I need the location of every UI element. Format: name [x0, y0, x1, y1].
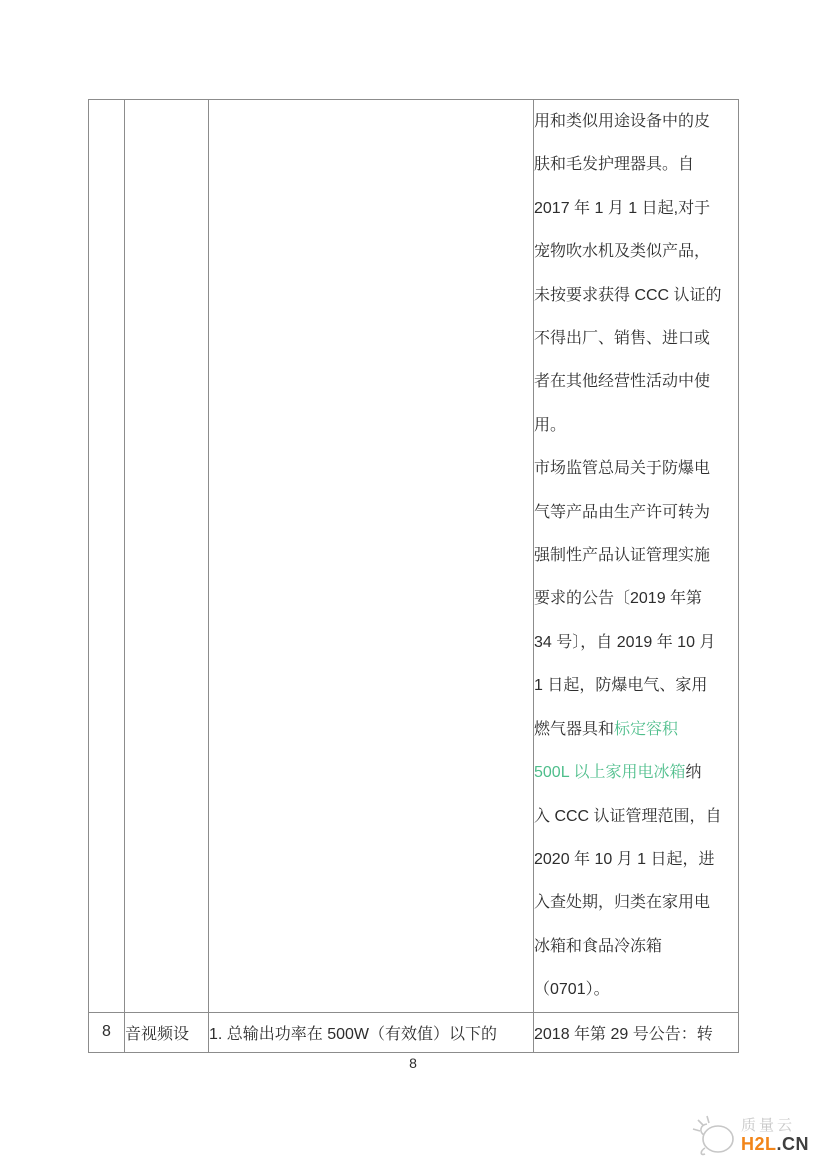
notes-text-segment: 冰箱和食品冷冻箱 [534, 938, 662, 955]
notes-line: 2020 年 10 月 1 日起，进 [534, 838, 738, 881]
notes-text-segment: 1 日起，防爆电气、家用 [534, 677, 707, 694]
watermark-text: 质量云 H2L.CN [741, 1118, 809, 1153]
notes-line: 要求的公告〔2019 年第 [534, 577, 738, 620]
watermark-domain-tail: .CN [777, 1134, 810, 1154]
notes-line: 肤和毛发护理器具。自 [534, 143, 738, 186]
regulation-table: 用和类似用途设备中的皮肤和毛发护理器具。自2017 年 1 月 1 日起,对于宠… [88, 99, 739, 1053]
notes-text-segment: 2020 年 10 月 1 日起，进 [534, 851, 715, 868]
notes-text-segment: 入 CCC 认证管理范围，自 [534, 808, 722, 825]
notes-line: 500L 以上家用电冰箱纳 [534, 751, 738, 794]
notes-text-segment: 气等产品由生产许可转为 [534, 504, 710, 521]
notes-text-segment: 市场监管总局关于防爆电 [534, 460, 710, 477]
notes-line: 未按要求获得 CCC 认证的 [534, 274, 738, 317]
green-link-text[interactable]: 500L 以上家用电冰箱 [534, 764, 685, 781]
notes-line: 市场监管总局关于防爆电 [534, 447, 738, 490]
watermark-brand-name: 质量云 [741, 1118, 809, 1133]
notes-text-segment: 不得出厂、销售、进口或 [534, 330, 710, 347]
notes-text-segment: 纳 [685, 764, 701, 781]
notes-line: 1 日起，防爆电气、家用 [534, 664, 738, 707]
cell-row-notes: 2018 年第 29 号公告：转 [534, 1012, 739, 1052]
notes-text-segment: 强制性产品认证管理实施 [534, 547, 710, 564]
notes-line: 者在其他经营性活动中使 [534, 360, 738, 403]
notes-text-segment: 未按要求获得 CCC 认证的 [534, 287, 722, 304]
green-link-text[interactable]: 标定容积 [614, 721, 678, 738]
notes-text-segment: 肤和毛发护理器具。自 [534, 156, 694, 173]
notes-line: 不得出厂、销售、进口或 [534, 317, 738, 360]
notes-line: （0701）。 [534, 968, 738, 1011]
cell-category-empty [125, 100, 209, 1013]
watermark: 质量云 H2L.CN [691, 1112, 809, 1158]
notes-text-segment: 要求的公告〔2019 年第 [534, 590, 702, 607]
document-page: 用和类似用途设备中的皮肤和毛发护理器具。自2017 年 1 月 1 日起,对于宠… [0, 0, 827, 1170]
notes-line: 燃气器具和标定容积 [534, 708, 738, 751]
table-row-8: 8 音视频设 1. 总输出功率在 500W（有效值）以下的 2018 年第 29… [89, 1012, 739, 1052]
cell-description-empty [209, 100, 534, 1013]
notes-text-segment: 宠物吹水机及类似产品， [534, 243, 710, 260]
notes-text-segment: 入查处期，归类在家用电 [534, 894, 710, 911]
cell-row-category: 音视频设 [125, 1012, 209, 1052]
cloud-doodle-icon [691, 1112, 739, 1158]
notes-text-segment: 用和类似用途设备中的皮 [534, 113, 710, 130]
cell-row-description: 1. 总输出功率在 500W（有效值）以下的 [209, 1012, 534, 1052]
watermark-domain: H2L.CN [741, 1135, 809, 1153]
cell-index-empty [89, 100, 125, 1013]
notes-line: 入 CCC 认证管理范围，自 [534, 795, 738, 838]
notes-line: 34 号〕，自 2019 年 10 月 [534, 621, 738, 664]
notes-text-segment: 用。 [534, 417, 566, 434]
watermark-domain-head: H2L [741, 1134, 777, 1154]
notes-text-segment: 2017 年 1 月 1 日起,对于 [534, 200, 710, 217]
notes-line: 用和类似用途设备中的皮 [534, 100, 738, 143]
notes-line: 入查处期，归类在家用电 [534, 881, 738, 924]
notes-line: 2017 年 1 月 1 日起,对于 [534, 187, 738, 230]
cell-notes: 用和类似用途设备中的皮肤和毛发护理器具。自2017 年 1 月 1 日起,对于宠… [534, 100, 739, 1013]
notes-line: 强制性产品认证管理实施 [534, 534, 738, 577]
notes-line: 冰箱和食品冷冻箱 [534, 925, 738, 968]
page-number: 8 [88, 1055, 738, 1071]
cell-row-index: 8 [89, 1012, 125, 1052]
notes-text-segment: 者在其他经营性活动中使 [534, 373, 710, 390]
notes-line: 气等产品由生产许可转为 [534, 491, 738, 534]
notes-text-segment: 34 号〕，自 2019 年 10 月 [534, 634, 715, 651]
notes-text-segment: （0701）。 [534, 981, 610, 998]
table-row-continuation: 用和类似用途设备中的皮肤和毛发护理器具。自2017 年 1 月 1 日起,对于宠… [89, 100, 739, 1013]
notes-text-block: 用和类似用途设备中的皮肤和毛发护理器具。自2017 年 1 月 1 日起,对于宠… [534, 100, 738, 1012]
notes-line: 宠物吹水机及类似产品， [534, 230, 738, 273]
notes-line: 用。 [534, 404, 738, 447]
notes-text-segment: 燃气器具和 [534, 721, 614, 738]
